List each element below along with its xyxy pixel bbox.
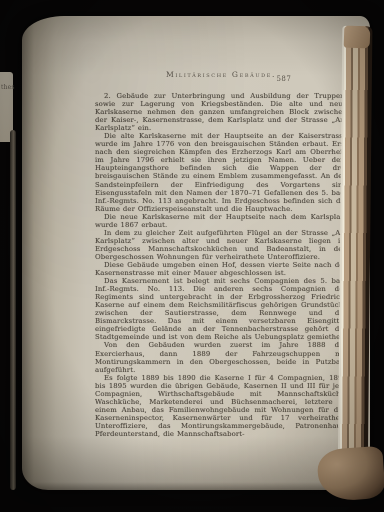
paragraph: 2. Gebäude zur Unterbringung und Ausbild… <box>95 92 347 132</box>
paragraph: Diese Gebäude umgeben einen Hof, dessen … <box>95 261 347 277</box>
book-photo: thes Militärische Gebäude. 587 2. Gebäud… <box>0 0 384 512</box>
paragraph: Die alte Karlskaserne mit der Hauptseite… <box>95 132 347 212</box>
paragraph: In dem zu gleicher Zeit aufgeführten Flü… <box>95 229 347 261</box>
page-header: Militärische Gebäude. 587 <box>95 66 347 86</box>
top-right-page-wear <box>344 26 371 49</box>
body-text: 2. Gebäude zur Unterbringung und Ausbild… <box>95 92 347 438</box>
paragraph: Das Kasernement ist belegt mit sechs Com… <box>95 277 347 341</box>
facing-page-text-fragment: thes <box>1 84 15 91</box>
spine-highlight <box>10 130 16 490</box>
paragraph: Von den Gebäuden wurden zuerst im Jahre … <box>95 341 347 373</box>
book-page: Militärische Gebäude. 587 2. Gebäude zur… <box>22 16 370 490</box>
page-title: Militärische Gebäude. <box>95 70 347 79</box>
bottom-right-corner-wear <box>316 446 384 502</box>
page-content: Militärische Gebäude. 587 2. Gebäude zur… <box>95 66 347 438</box>
page-fore-edge <box>338 26 373 488</box>
paragraph: Die neue Karlskaserne mit der Hauptseite… <box>95 213 347 229</box>
page-number: 587 <box>276 75 291 83</box>
paragraph: Es folgte 1889 bis 1890 die Kaserne I fü… <box>95 374 347 438</box>
